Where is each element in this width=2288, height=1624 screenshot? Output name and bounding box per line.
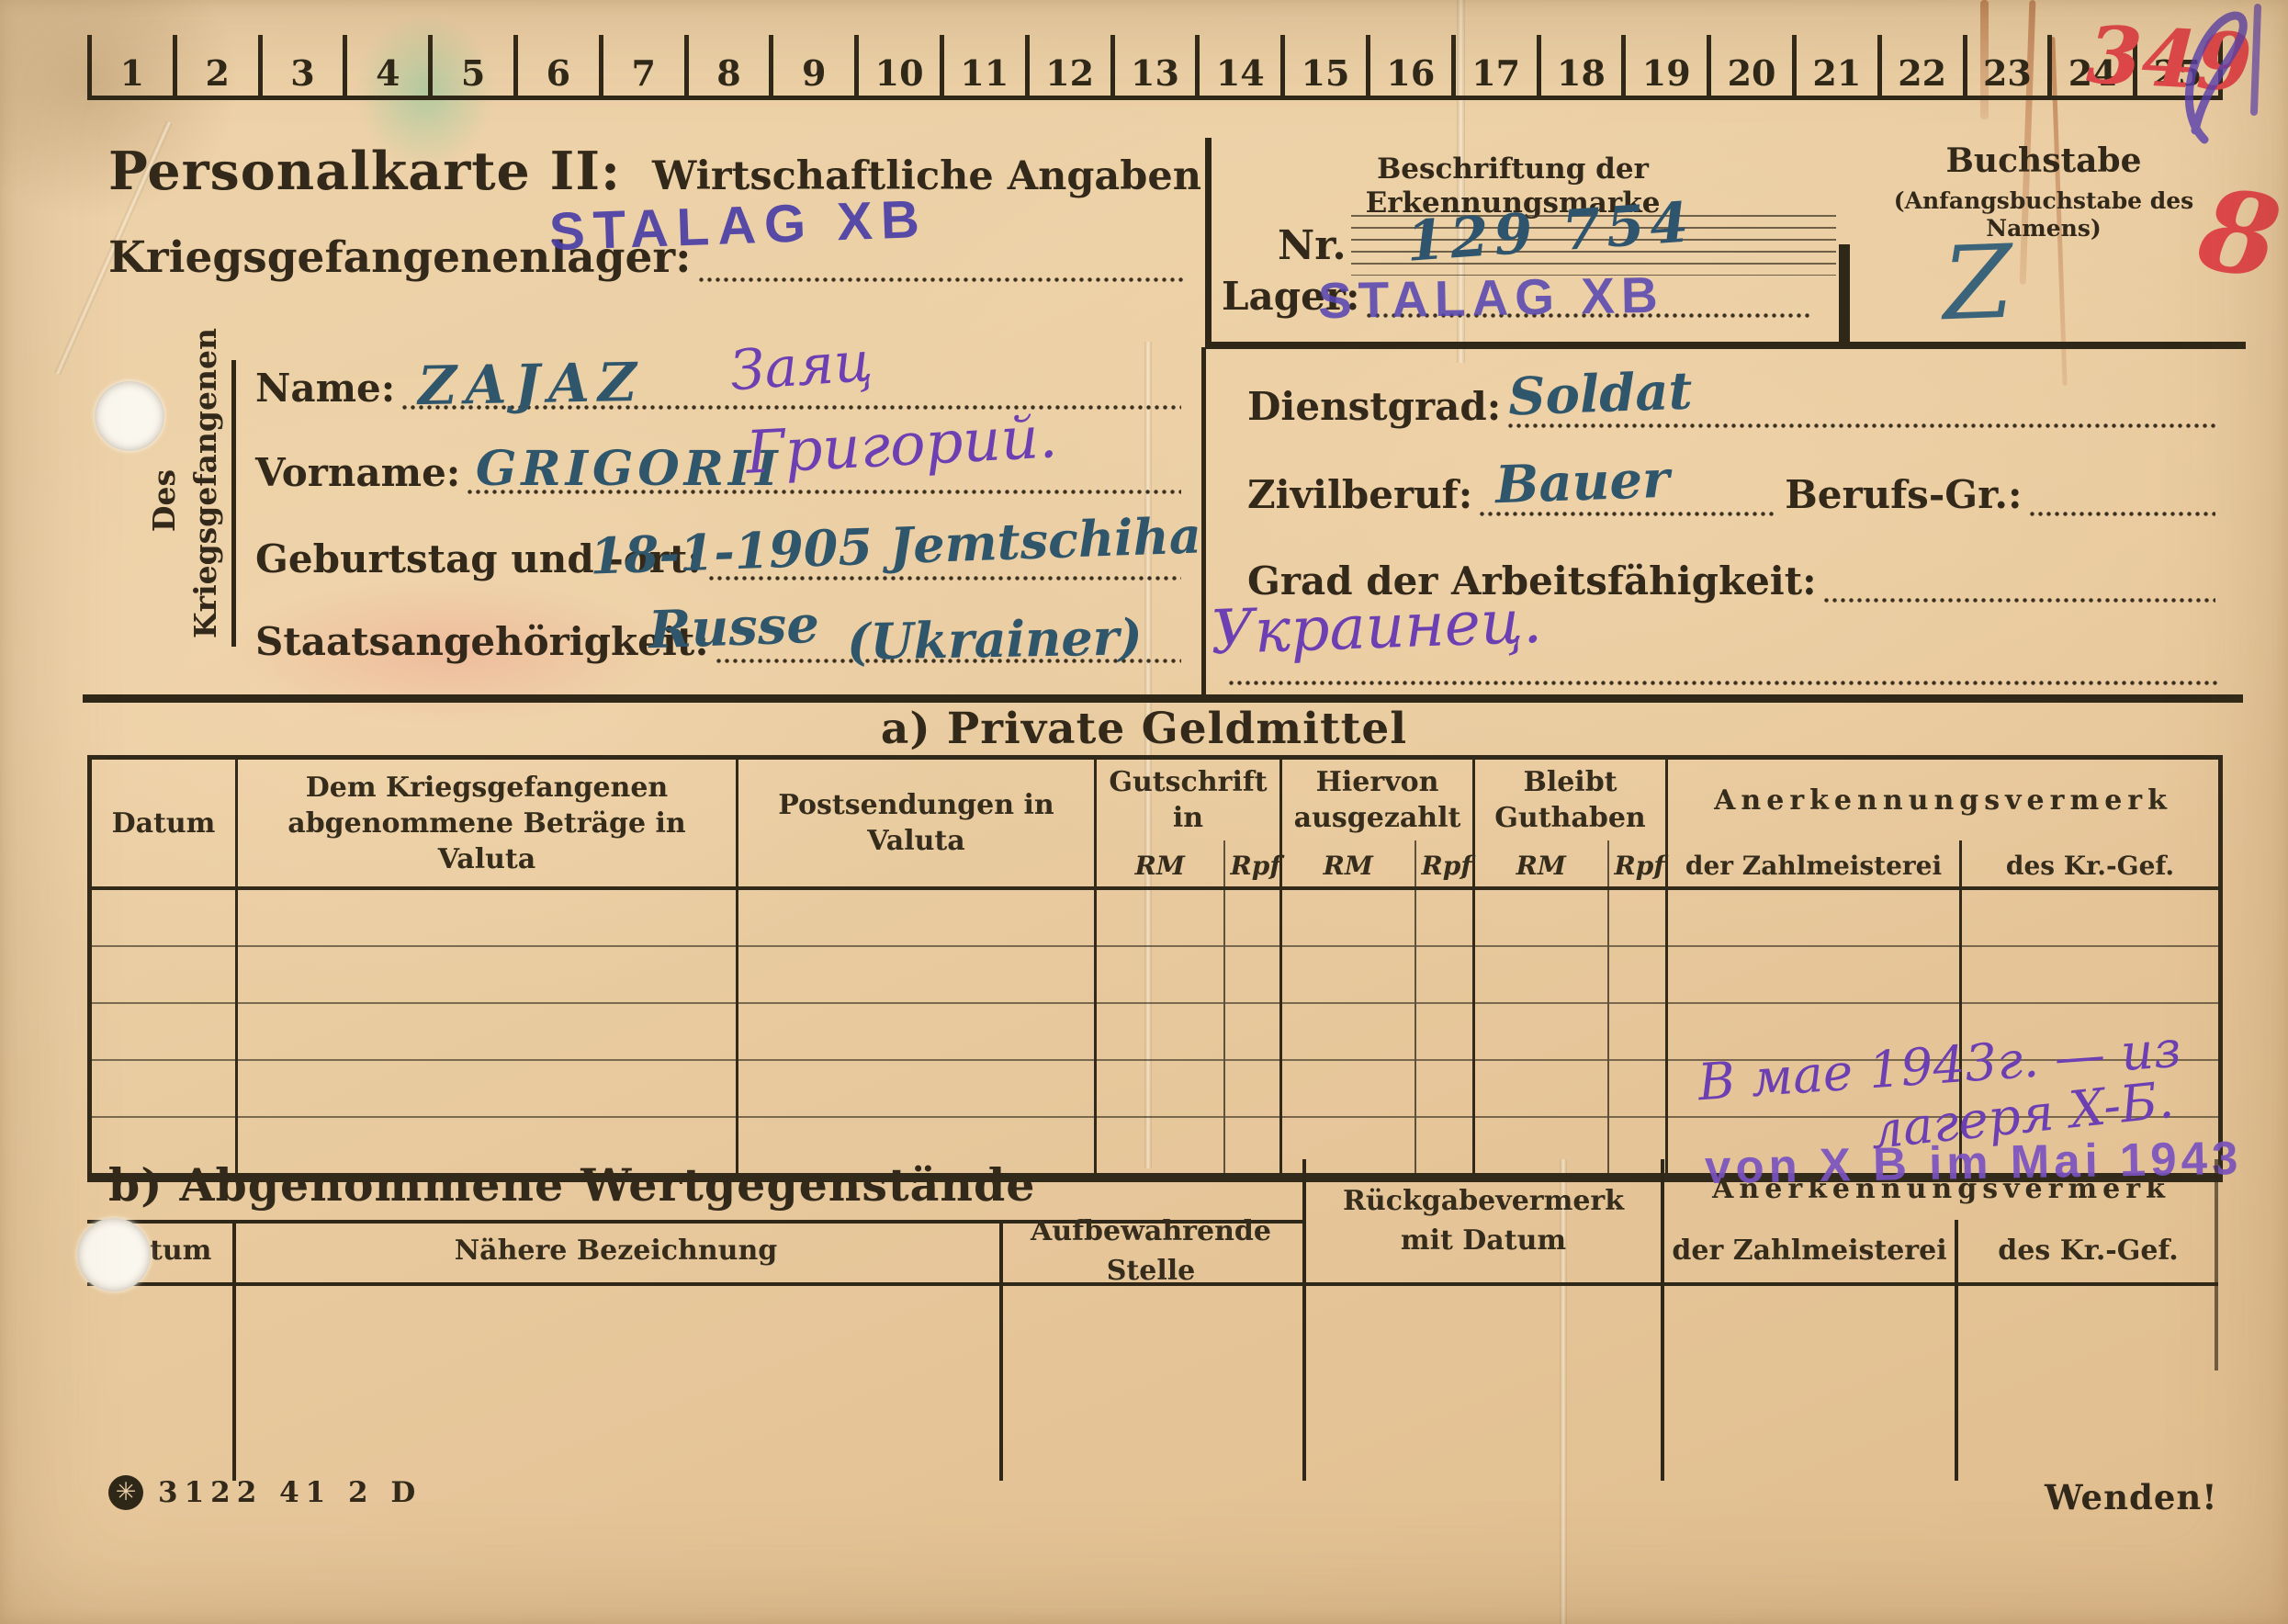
ruler-number: 21: [1797, 35, 1882, 96]
col-rpf: Rpf: [1415, 840, 1474, 888]
profession-field: Zivilberuf: Berufs-Gr.:: [1247, 474, 2223, 516]
ruler-number: 9: [773, 35, 859, 96]
col-balance: Bleibt Guthaben: [1474, 758, 1667, 841]
name-value-handwritten: ZAJAZ: [417, 351, 645, 417]
nationality-value-handwritten: Russe: [648, 594, 820, 660]
ruler-number: 23: [1967, 35, 2053, 96]
ruler-number: 6: [518, 35, 603, 96]
col-ack-pow: des Kr.-Gef.: [1961, 840, 2221, 888]
dotted-line: [1824, 560, 2215, 603]
col-description: Nähere Bezeichnung: [232, 1220, 999, 1282]
col-acknowledgement: Anerkennungsvermerk: [1664, 1159, 2218, 1220]
ruler-number: 12: [1030, 35, 1115, 96]
col-rpf: Rpf: [1608, 840, 1667, 888]
firstname-label: Vorname:: [255, 452, 460, 494]
col-rm: RM: [1281, 840, 1415, 888]
ruler-number: 11: [944, 35, 1030, 96]
col-ack-pow: des Kr.-Gef.: [1958, 1220, 2218, 1282]
firstname-value-handwritten: GRIGORII: [476, 441, 783, 497]
name-label: Name:: [255, 367, 395, 410]
ruler-number: 3: [263, 35, 348, 96]
stalag-stamp: STALAG XB: [1317, 265, 1664, 331]
ruler-number: 5: [433, 35, 518, 96]
stalag-stamp: STALAG XB: [548, 188, 929, 263]
fields-divider-line: [231, 360, 236, 647]
letter-box: Buchstabe (Anfangsbuchstabe des Namens): [1842, 143, 2246, 242]
letter-box-subheading: (Anfangsbuchstabe des Namens): [1842, 187, 2246, 242]
name-cyrillic-handwritten: Заяц: [728, 330, 874, 404]
card-subtitle: Wirtschaftliche Angaben: [652, 157, 1201, 197]
profession-group-label: Berufs-Gr.:: [1785, 474, 2022, 516]
nationality-label: Staatsangehörigkeit:: [255, 621, 709, 663]
col-return-note: Rückgabevermerk mit Datum: [1306, 1159, 1661, 1282]
col-ack-paymaster: der Zahlmeisterei: [1667, 840, 1961, 888]
letter-value: Z: [1941, 223, 2015, 344]
ink-scribble: [2140, 2, 2278, 158]
side-label-prisoner: Des Kriegsgefangenen: [144, 363, 232, 638]
ruler-number: 18: [1541, 35, 1627, 96]
ruler-number: 14: [1200, 35, 1285, 96]
col-storage: Aufbewahrende Stelle: [999, 1220, 1302, 1282]
page-title: Personalkarte II: Wirtschaftliche Angabe…: [108, 145, 1201, 197]
side-label-line2: Kriegsgefangenen: [186, 363, 227, 638]
col-postal: Postsendungen in Valuta: [738, 758, 1096, 889]
turn-over-note: Wenden!: [2045, 1481, 2218, 1515]
tag-number-label: Nr.: [1278, 226, 1347, 266]
valuables-table: Datum Nähere Bezeichnung Aufbewahrende S…: [87, 1159, 2218, 1483]
ruler-number: 19: [1626, 35, 1711, 96]
table-row: [90, 946, 2221, 1003]
section-a-title: a) Private Geldmittel: [0, 707, 2288, 750]
ruler-number: 16: [1370, 35, 1456, 96]
col-rm: RM: [1474, 840, 1608, 888]
ruler-strip: 1234567891011121314151617181920212223242…: [87, 35, 2223, 100]
column-divider-line: [1201, 347, 1206, 702]
side-label-line1: Des: [144, 363, 186, 638]
form-number: 3122 41 2 D: [158, 1479, 422, 1507]
ruler-number: 4: [347, 35, 433, 96]
ruler-number: 20: [1711, 35, 1797, 96]
dotted-line: [2030, 474, 2215, 516]
dotted-line: [1229, 643, 2217, 685]
col-rpf: Rpf: [1224, 840, 1281, 888]
rank-value-handwritten: Soldat: [1507, 361, 1694, 428]
header-rule: [1205, 342, 2246, 349]
profession-value-handwritten: Bauer: [1494, 449, 1671, 516]
empty-dotted-line: [1222, 643, 2225, 685]
letter-box-divider: [1839, 244, 1850, 342]
ruler-number: 8: [689, 35, 774, 96]
col-taken-amounts: Dem Kriegsgefangenen abgenommene Beträge…: [237, 758, 738, 889]
nationality-note-handwritten: (Ukrainer): [846, 607, 1143, 671]
col-rm: RM: [1096, 840, 1224, 888]
ruler-number: 7: [603, 35, 689, 96]
card-title: Personalkarte II:: [108, 145, 621, 197]
col-acknowledgement: Anerkennungsvermerk: [1667, 758, 2221, 841]
rank-field: Dienstgrad:: [1247, 386, 2223, 428]
col-credit: Gutschrift in: [1096, 758, 1281, 841]
ruler-number: 22: [1882, 35, 1967, 96]
profession-label: Zivilberuf:: [1247, 474, 1472, 516]
col-ack-paymaster: der Zahlmeisterei: [1664, 1220, 1955, 1282]
ruler-number: 17: [1456, 35, 1541, 96]
col-datum: Datum: [87, 1220, 232, 1282]
printer-mark-icon: ✳: [108, 1475, 143, 1510]
ruler-number: 15: [1285, 35, 1370, 96]
rank-label: Dienstgrad:: [1247, 386, 1501, 428]
ruler-number: 1: [92, 35, 177, 96]
ruler-number: 2: [177, 35, 263, 96]
section-rule: [83, 694, 2243, 703]
col-datum: Datum: [90, 758, 237, 889]
pow-personal-card-scan: 1234567891011121314151617181920212223242…: [0, 0, 2288, 1624]
ruler-number: 13: [1115, 35, 1200, 96]
col-paid-out: Hiervon ausgezahlt: [1281, 758, 1474, 841]
table-row: [90, 888, 2221, 946]
letter-box-heading: Buchstabe: [1842, 143, 2246, 180]
form-number-row: ✳ 3122 41 2 D: [108, 1475, 422, 1510]
ruler-number: 10: [859, 35, 944, 96]
